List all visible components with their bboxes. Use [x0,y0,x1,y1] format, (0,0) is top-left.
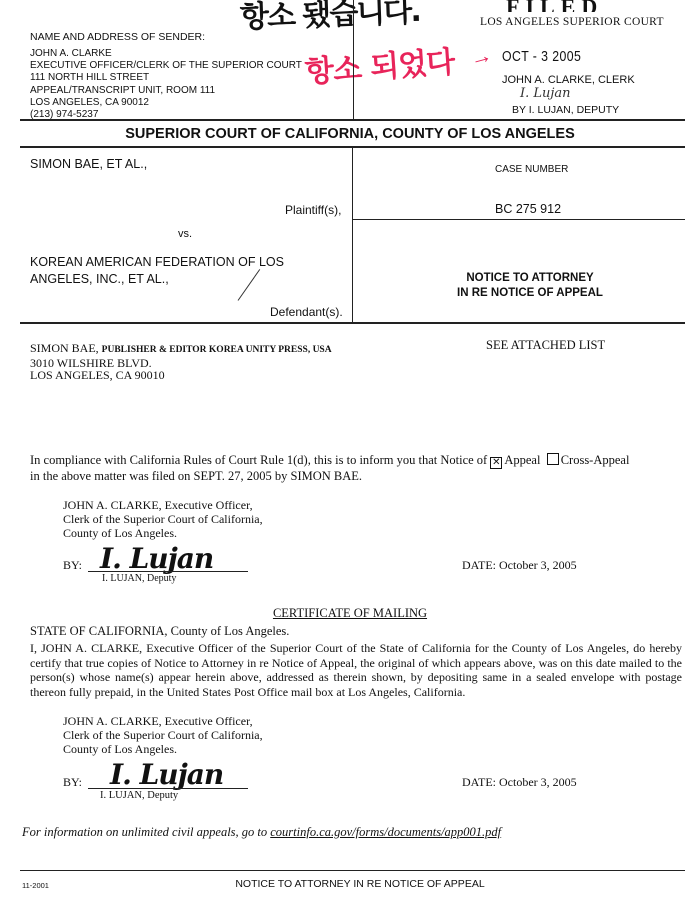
filed-stamp-signature: I. Lujan [520,86,571,101]
notice-title-line: NOTICE TO ATTORNEY [440,271,620,286]
handwritten-note-red: 항소 되었다 [304,47,455,89]
case-number: BC 275 912 [495,202,561,216]
sender-address: JOHN A. CLARKE EXECUTIVE OFFICER/CLERK O… [30,48,302,121]
notice-title: NOTICE TO ATTORNEY IN RE NOTICE OF APPEA… [440,271,620,301]
notice-date: DATE: October 3, 2005 [462,558,577,573]
sender-line: JOHN A. CLARKE [30,48,302,60]
notice-text: In compliance with California Rules of C… [30,453,490,467]
defendant-name-line: ANGELES, INC., ET AL., [30,271,284,288]
info-line: For information on unlimited civil appea… [22,825,501,840]
certificate-heading: CERTIFICATE OF MAILING [0,606,700,621]
footer-title: NOTICE TO ATTORNEY IN RE NOTICE OF APPEA… [0,878,700,890]
sender-line: LOS ANGELES, CA 90012 [30,97,302,109]
cross-appeal-checkbox[interactable] [547,453,559,465]
signature-line [88,571,248,572]
notice-text-filed: in the above matter was filed on SEPT. 2… [30,469,362,483]
addressee-title: PUBLISHER & EDITOR KOREA UNITY PRESS, US… [102,345,332,355]
signature-line [88,788,248,789]
sender-line: 111 NORTH HILL STREET [30,72,302,84]
sender-label: NAME AND ADDRESS OF SENDER: [30,31,205,43]
filed-stamp-title: FILED [506,0,603,12]
info-text: For information on unlimited civil appea… [22,825,270,839]
by-label: BY: [63,775,82,790]
plaintiff-label: Plaintiff(s), [285,203,341,217]
certificate-body: I, JOHN A. CLARKE, Executive Officer of … [30,641,682,699]
court-title: SUPERIOR COURT OF CALIFORNIA, COUNTY OF … [0,126,700,142]
rule [20,119,685,121]
versus-label: vs. [178,228,192,240]
sender-line: APPEAL/TRANSCRIPT UNIT, ROOM 111 [30,85,302,97]
addressee-city: LOS ANGELES, CA 90010 [30,369,332,382]
notice-body: In compliance with California Rules of C… [30,453,680,484]
header-divider [353,0,354,120]
plaintiff-name: SIMON BAE, ET AL., [30,157,147,171]
clerk-block-2: JOHN A. CLARKE, Executive Officer, Clerk… [63,714,263,756]
appeal-label: Appeal [504,453,540,467]
clerk-line: Clerk of the Superior Court of Californi… [63,512,263,526]
by-label: BY: [63,558,82,573]
red-arrow-icon: → [467,42,495,73]
filed-stamp-clerk: JOHN A. CLARKE, CLERK [502,74,635,86]
filed-stamp-date: OCT - 3 2005 [502,48,581,65]
appeal-checkbox[interactable]: ✕ [490,457,502,469]
filed-stamp-court: LOS ANGELES SUPERIOR COURT [480,16,664,28]
clerk-block: JOHN A. CLARKE, Executive Officer, Clerk… [63,498,263,540]
rule [20,322,685,324]
defendant-name-line: KOREAN AMERICAN FEDERATION OF LOS [30,254,284,271]
defendant-label: Defendant(s). [270,305,343,319]
clerk-line: JOHN A. CLARKE, Executive Officer, [63,714,263,728]
appeals-info-link[interactable]: courtinfo.ca.gov/forms/documents/app001.… [270,825,501,839]
deputy-name: I. LUJAN, Deputy [100,790,178,801]
clerk-line: County of Los Angeles. [63,742,263,756]
handwritten-note-black: 항소 됐습니다. [240,0,421,33]
deputy-name: I. LUJAN, Deputy [102,573,176,584]
cross-appeal-label: Cross-Appeal [561,453,630,467]
deputy-signature: I. Lujan [110,758,223,791]
notice-title-line: IN RE NOTICE OF APPEAL [440,286,620,301]
certificate-state: STATE OF CALIFORNIA, County of Los Angel… [30,624,289,639]
defendant-name: KOREAN AMERICAN FEDERATION OF LOS ANGELE… [30,254,284,288]
caption-divider [352,147,353,323]
rule [353,219,685,220]
addressee-name: SIMON BAE, [30,341,102,355]
filed-stamp-deputy: BY I. LUJAN, DEPUTY [512,104,619,116]
footer-rule [20,870,685,871]
addressee-block: SIMON BAE, PUBLISHER & EDITOR KOREA UNIT… [30,342,332,382]
certificate-date: DATE: October 3, 2005 [462,775,577,790]
sender-line: EXECUTIVE OFFICER/CLERK OF THE SUPERIOR … [30,60,302,72]
see-attached-list: SEE ATTACHED LIST [486,338,605,353]
clerk-line: JOHN A. CLARKE, Executive Officer, [63,498,263,512]
clerk-line: County of Los Angeles. [63,526,263,540]
case-number-label: CASE NUMBER [495,164,568,175]
clerk-line: Clerk of the Superior Court of Californi… [63,728,263,742]
